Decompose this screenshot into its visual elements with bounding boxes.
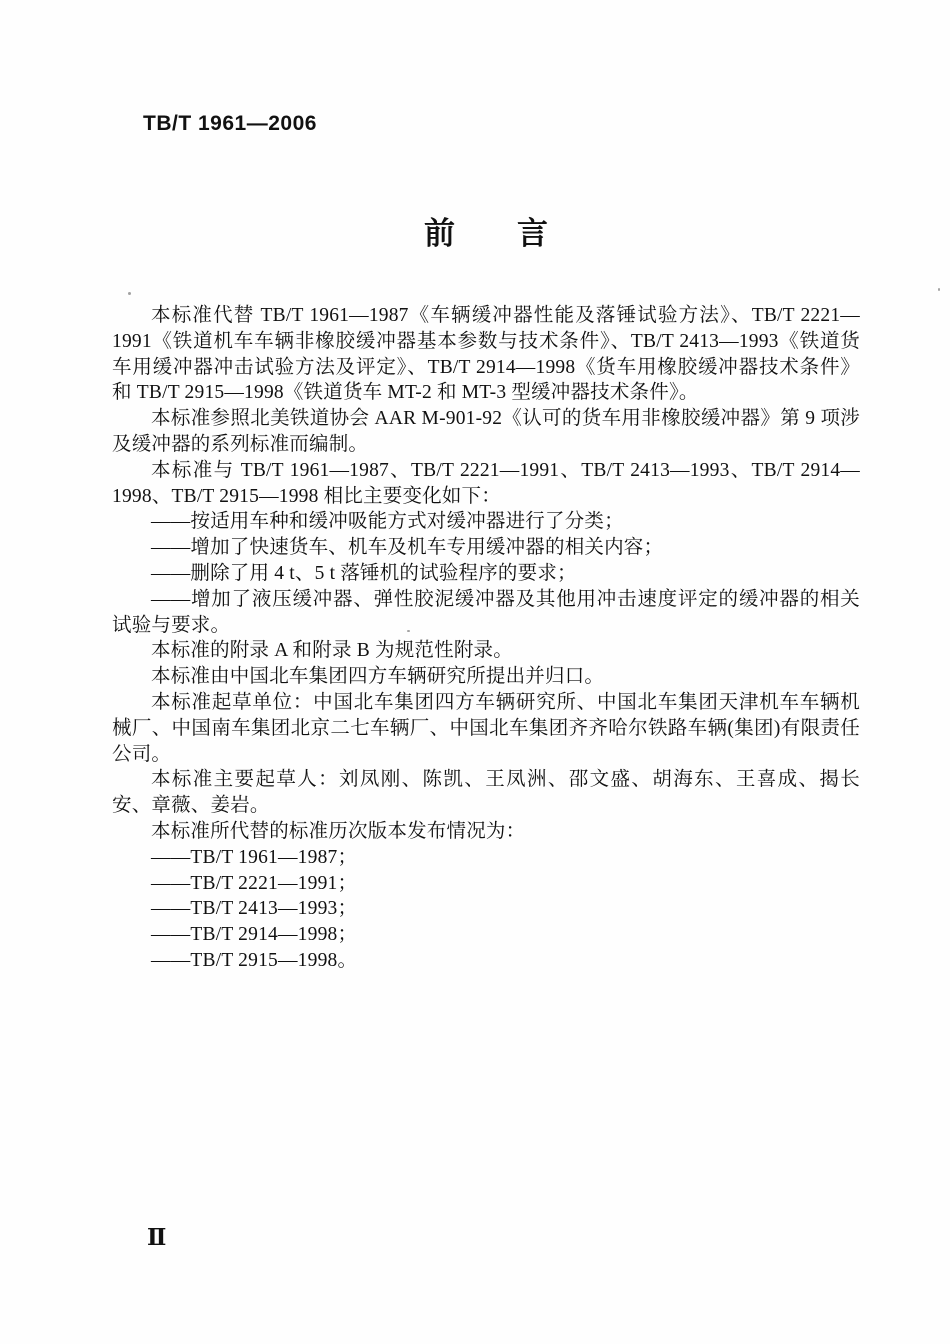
foreword-paragraph: 本标准代替 TB/T 1961—1987《车辆缓冲器性能及落锤试验方法》、TB/… [112, 303, 860, 406]
foreword-paragraph: ——TB/T 2914—1998； [112, 922, 860, 948]
foreword-paragraph: 本标准起草单位：中国北车集团四方车辆研究所、中国北车集团天津机车车辆机械厂、中国… [112, 690, 860, 767]
standard-number: TB/T 1961—2006 [143, 112, 317, 136]
page-title: 前 言 [112, 208, 860, 253]
foreword-paragraph: ——按适用车种和缓冲吸能方式对缓冲器进行了分类； [112, 509, 860, 535]
foreword-paragraph: 本标准参照北美铁道协会 AAR M-901-92《认可的货车用非橡胶缓冲器》第 … [112, 406, 860, 458]
document-page: TB/T 1961—2006 前 言 本标准代替 TB/T 1961—1987《… [0, 0, 950, 1344]
foreword-paragraph: ——增加了液压缓冲器、弹性胶泥缓冲器及其他用冲击速度评定的缓冲器的相关试验与要求… [112, 587, 860, 639]
foreword-paragraph: ——TB/T 1961—1987； [112, 845, 860, 871]
foreword-paragraph: ——TB/T 2915—1998。 [112, 948, 860, 974]
foreword-paragraph: ——TB/T 2221—1991； [112, 871, 860, 897]
foreword-paragraph: 本标准由中国北车集团四方车辆研究所提出并归口。 [112, 664, 860, 690]
scan-artifact [938, 288, 940, 291]
foreword-body: 本标准代替 TB/T 1961—1987《车辆缓冲器性能及落锤试验方法》、TB/… [112, 303, 860, 974]
foreword-paragraph: ——TB/T 2413—1993； [112, 896, 860, 922]
foreword-paragraph: 本标准与 TB/T 1961—1987、TB/T 2221—1991、TB/T … [112, 458, 860, 510]
foreword-paragraph: 本标准的附录 A 和附录 B 为规范性附录。 [112, 638, 860, 664]
page-number: Ⅱ [147, 1224, 166, 1251]
scan-artifact [128, 292, 131, 295]
scan-artifact [407, 630, 410, 632]
foreword-paragraph: 本标准所代替的标准历次版本发布情况为： [112, 819, 860, 845]
foreword-paragraph: 本标准主要起草人：刘凤刚、陈凯、王凤洲、邵文盛、胡海东、王喜成、揭长安、章薇、姜… [112, 767, 860, 819]
foreword-paragraph: ——删除了用 4 t、5 t 落锤机的试验程序的要求； [112, 561, 860, 587]
foreword-paragraph: ——增加了快速货车、机车及机车专用缓冲器的相关内容； [112, 535, 860, 561]
